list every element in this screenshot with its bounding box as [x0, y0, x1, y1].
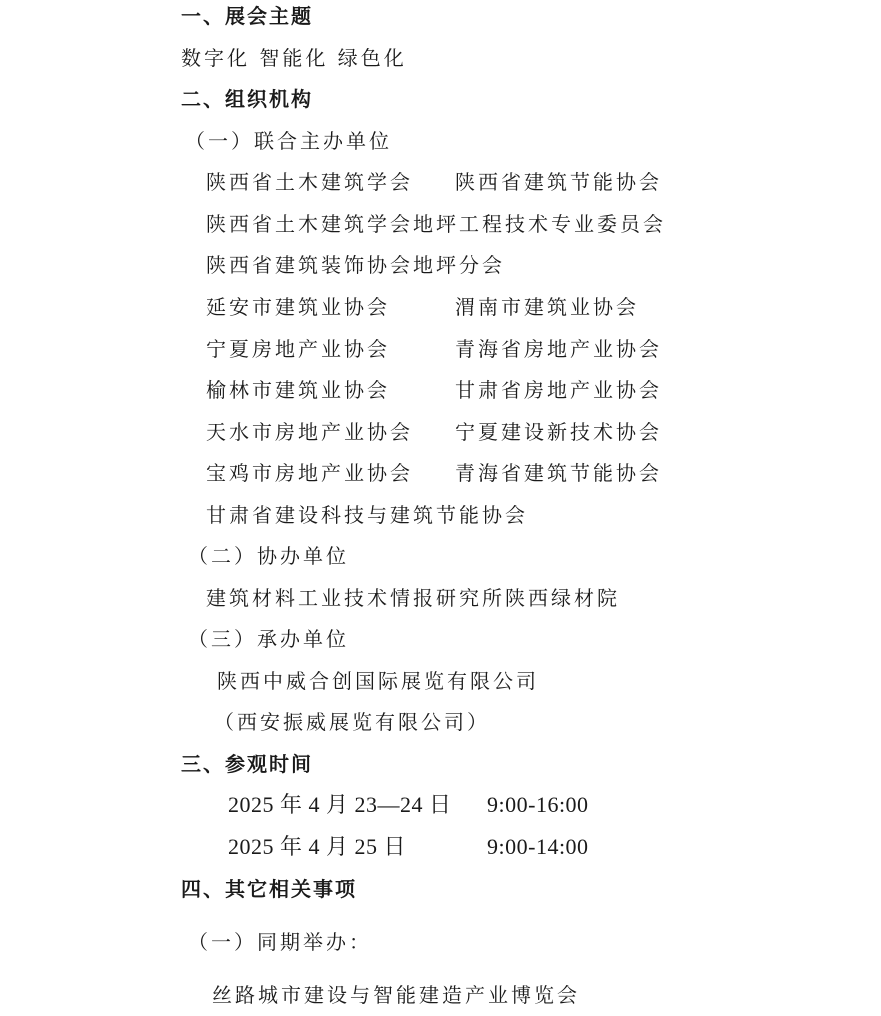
organizer-item: 渭南市建筑业协会	[455, 294, 639, 320]
organizer-item: 陕西省建筑节能协会	[455, 169, 662, 195]
undertaking-item: 陕西中威合创国际展览有限公司	[217, 668, 539, 694]
organizer-item: 宝鸡市房地产业协会	[206, 460, 413, 486]
section-heading-visit-time: 三、参观时间	[181, 751, 313, 777]
supporting-item: 建筑材料工业技术情报研究所陕西绿材院	[206, 585, 620, 611]
schedule-time: 9:00-14:00	[487, 834, 589, 860]
subheading-co-organizers: （一）联合主办单位	[185, 128, 392, 154]
organizer-item: 陕西省建筑装饰协会地坪分会	[206, 252, 505, 278]
organizer-item: 甘肃省建设科技与建筑节能协会	[206, 502, 528, 528]
organizer-item: 甘肃省房地产业协会	[455, 377, 662, 403]
organizer-item: 陕西省土木建筑学会地坪工程技术专业委员会	[206, 211, 666, 237]
organizer-item: 榆林市建筑业协会	[206, 377, 390, 403]
undertaking-item: （西安振威展览有限公司）	[214, 709, 490, 735]
section-heading-theme: 一、展会主题	[181, 3, 313, 29]
organizer-item: 延安市建筑业协会	[206, 294, 390, 320]
subheading-concurrent: （一）同期举办：	[188, 929, 372, 955]
schedule-date: 2025 年 4 月 23—24 日	[228, 792, 452, 818]
organizer-item: 天水市房地产业协会	[206, 419, 413, 445]
section-heading-organization: 二、组织机构	[181, 86, 313, 112]
subheading-undertaking: （三）承办单位	[188, 626, 349, 652]
organizer-item: 宁夏房地产业协会	[206, 336, 390, 362]
schedule-date: 2025 年 4 月 25 日	[228, 834, 406, 860]
schedule-time: 9:00-16:00	[487, 792, 589, 818]
subheading-supporting: （二）协办单位	[188, 543, 349, 569]
organizer-item: 青海省房地产业协会	[455, 336, 662, 362]
organizer-item: 宁夏建设新技术协会	[455, 419, 662, 445]
concurrent-item: 丝路城市建设与智能建造产业博览会	[212, 982, 580, 1008]
organizer-item: 陕西省土木建筑学会	[206, 169, 413, 195]
section-heading-other: 四、其它相关事项	[181, 876, 357, 902]
theme-content: 数字化 智能化 绿色化	[181, 45, 407, 71]
organizer-item: 青海省建筑节能协会	[455, 460, 662, 486]
